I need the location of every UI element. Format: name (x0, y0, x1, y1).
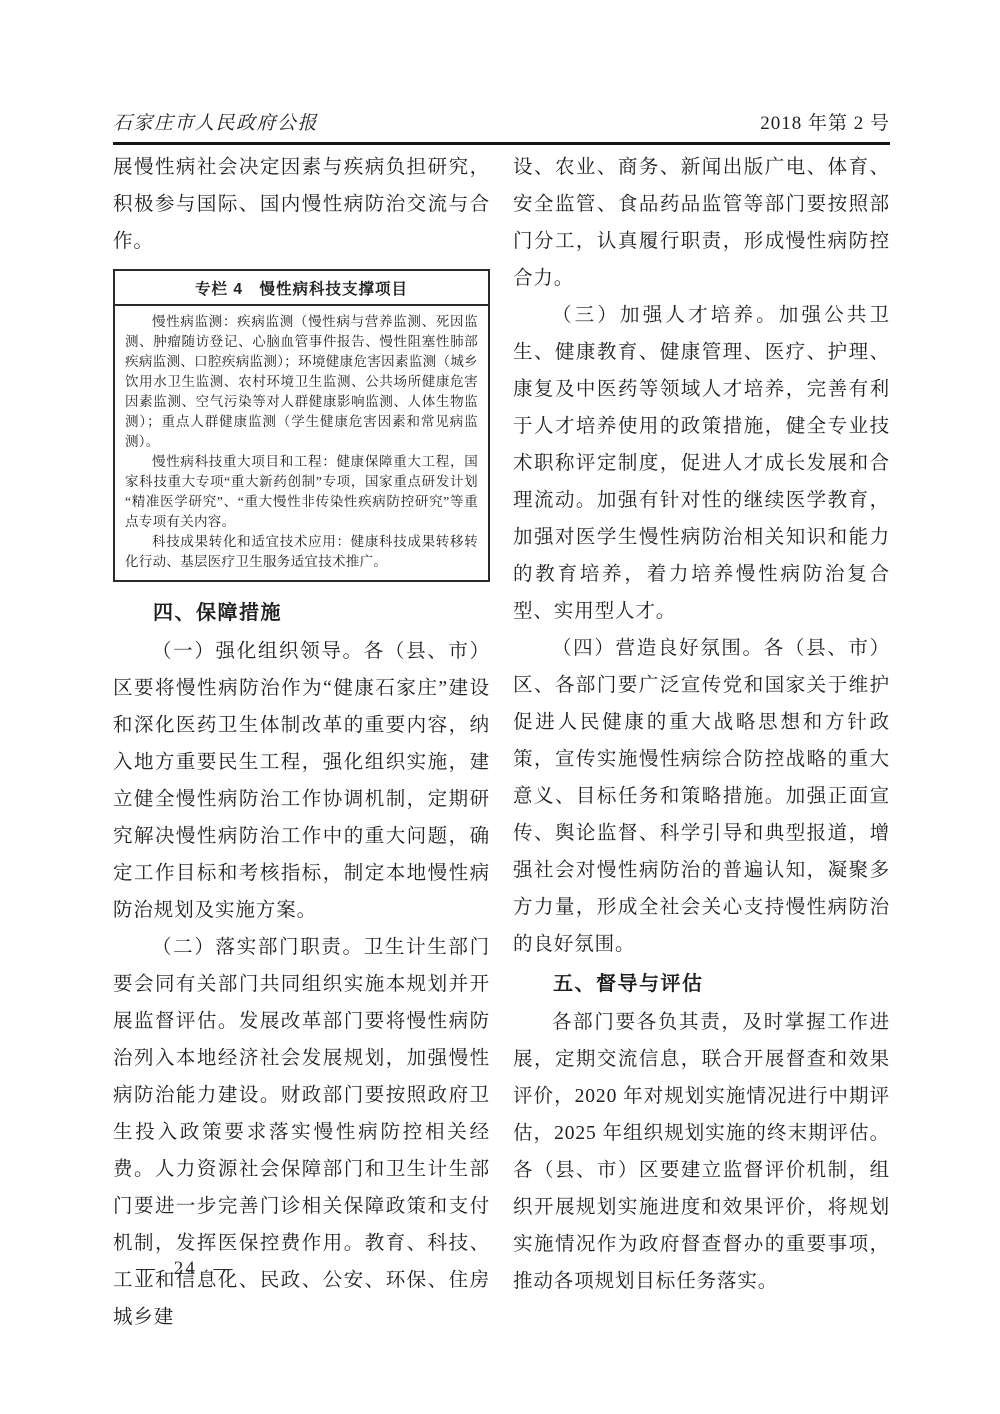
paragraph-strengthen-leadership: （一）强化组织领导。各（县、市）区要将慢性病防治作为“健康石家庄”建设和深化医药… (113, 633, 490, 929)
gazette-page: 石家庄市人民政府公报 2018 年第 2 号 展慢性病社会决定因素与疾病负担研究… (0, 0, 1000, 1414)
page-number: — 24 — (136, 1258, 235, 1280)
callout-box-title: 专栏 4 慢性病科技支撑项目 (115, 271, 488, 306)
right-column: 设、农业、商务、新闻出版广电、体育、安全监管、食品药品监管等部门要按照部门分工，… (513, 149, 890, 1336)
paragraph-talent-cultivation: （三）加强人才培养。加强公共卫生、健康教育、健康管理、医疗、护理、康复及中医药等… (513, 297, 890, 630)
paragraph-continued-from-left-column: 设、农业、商务、新闻出版广电、体育、安全监管、食品药品监管等部门要按照部门分工，… (513, 149, 890, 297)
callout-box-paragraph: 慢性病科技重大项目和工程：健康保障重大工程，国家科技重大专项“重大新药创制”专项… (125, 452, 478, 532)
callout-box-paragraph: 慢性病监测：疾病监测（慢性病与营养监测、死因监测、肿瘤随访登记、心脑血管事件报告… (125, 312, 478, 452)
callout-box-science-support-projects: 专栏 4 慢性病科技支撑项目 慢性病监测：疾病监测（慢性病与营养监测、死因监测、… (113, 269, 490, 582)
issue-label: 2018 年第 2 号 (760, 108, 890, 135)
page-header: 石家庄市人民政府公报 2018 年第 2 号 (113, 103, 890, 145)
callout-box-body: 慢性病监测：疾病监测（慢性病与营养监测、死因监测、肿瘤随访登记、心脑血管事件报告… (115, 306, 488, 580)
publication-title: 石家庄市人民政府公报 (113, 108, 318, 135)
callout-box-paragraph: 科技成果转化和适宜技术应用：健康科技成果转移转化行动、基层医疗卫生服务适宜技术推… (125, 532, 478, 572)
body-columns: 展慢性病社会决定因素与疾病负担研究，积极参与国际、国内慢性病防治交流与合作。 专… (113, 149, 890, 1336)
paragraph-supervision-evaluation: 各部门要各负其责，及时掌握工作进展，定期交流信息，联合开展督查和效果评价，202… (513, 1004, 890, 1300)
section-heading-supervision-evaluation: 五、督导与评估 (513, 966, 890, 1003)
section-heading-safeguard-measures: 四、保障措施 (113, 595, 490, 632)
paragraph-continued-from-previous-page: 展慢性病社会决定因素与疾病负担研究，积极参与国际、国内慢性病防治交流与合作。 (113, 149, 490, 260)
paragraph-create-good-atmosphere: （四）营造良好氛围。各（县、市）区、各部门要广泛宣传党和国家关于维护促进人民健康… (513, 630, 890, 963)
left-column: 展慢性病社会决定因素与疾病负担研究，积极参与国际、国内慢性病防治交流与合作。 专… (113, 149, 490, 1336)
